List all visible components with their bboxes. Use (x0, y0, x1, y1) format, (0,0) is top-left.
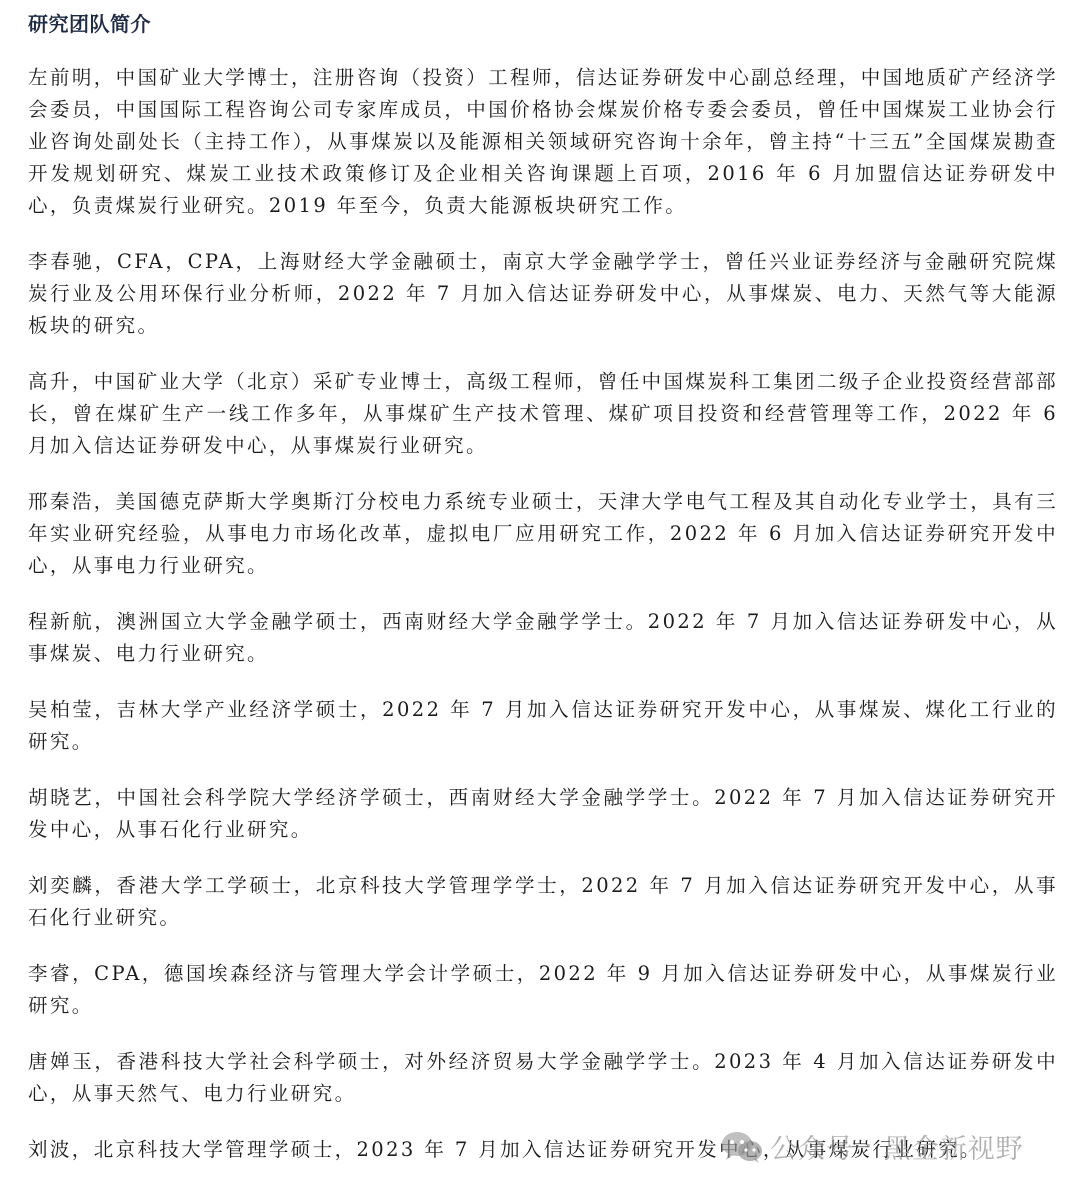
bio-paragraph-xing-qinhao: 邢秦浩，美国德克萨斯大学奥斯汀分校电力系统专业硕士，天津大学电气工程及其自动化专… (28, 486, 1058, 582)
bio-paragraph-li-chunchi: 李春驰，CFA，CPA，上海财经大学金融硕士，南京大学金融学学士，曾任兴业证券经… (28, 246, 1058, 342)
bio-paragraph-wu-baiying: 吴柏莹，吉林大学产业经济学硕士，2022 年 7 月加入信达证券研究开发中心，从… (28, 694, 1058, 758)
bio-paragraph-zuo-qianming: 左前明，中国矿业大学博士，注册咨询（投资）工程师，信达证券研发中心副总经理，中国… (28, 62, 1058, 222)
research-team-page: 研究团队简介 左前明，中国矿业大学博士，注册咨询（投资）工程师，信达证券研发中心… (28, 0, 1058, 1166)
bio-paragraph-li-rui: 李睿，CPA，德国埃森经济与管理大学会计学硕士，2022 年 9 月加入信达证券… (28, 958, 1058, 1022)
bio-paragraph-cheng-xinhang: 程新航，澳洲国立大学金融学硕士，西南财经大学金融学学士。2022 年 7 月加入… (28, 606, 1058, 670)
bio-paragraph-hu-xiaoyi: 胡晓艺，中国社会科学院大学经济学硕士，西南财经大学金融学学士。2022 年 7 … (28, 782, 1058, 846)
bio-paragraph-gao-sheng: 高升，中国矿业大学（北京）采矿专业博士，高级工程师，曾任中国煤炭科工集团二级子企… (28, 366, 1058, 462)
bio-list: 左前明，中国矿业大学博士，注册咨询（投资）工程师，信达证券研发中心副总经理，中国… (28, 62, 1058, 1166)
bio-paragraph-tang-chanyu: 唐婵玉，香港科技大学社会科学硕士，对外经济贸易大学金融学学士。2023 年 4 … (28, 1046, 1058, 1110)
bio-paragraph-liu-bo: 刘波，北京科技大学管理学硕士，2023 年 7 月加入信达证券研究开发中心，从事… (28, 1134, 1058, 1166)
section-title: 研究团队简介 (28, 8, 1058, 40)
bio-paragraph-liu-yilin: 刘奕麟，香港大学工学硕士，北京科技大学管理学学士，2022 年 7 月加入信达证… (28, 870, 1058, 934)
